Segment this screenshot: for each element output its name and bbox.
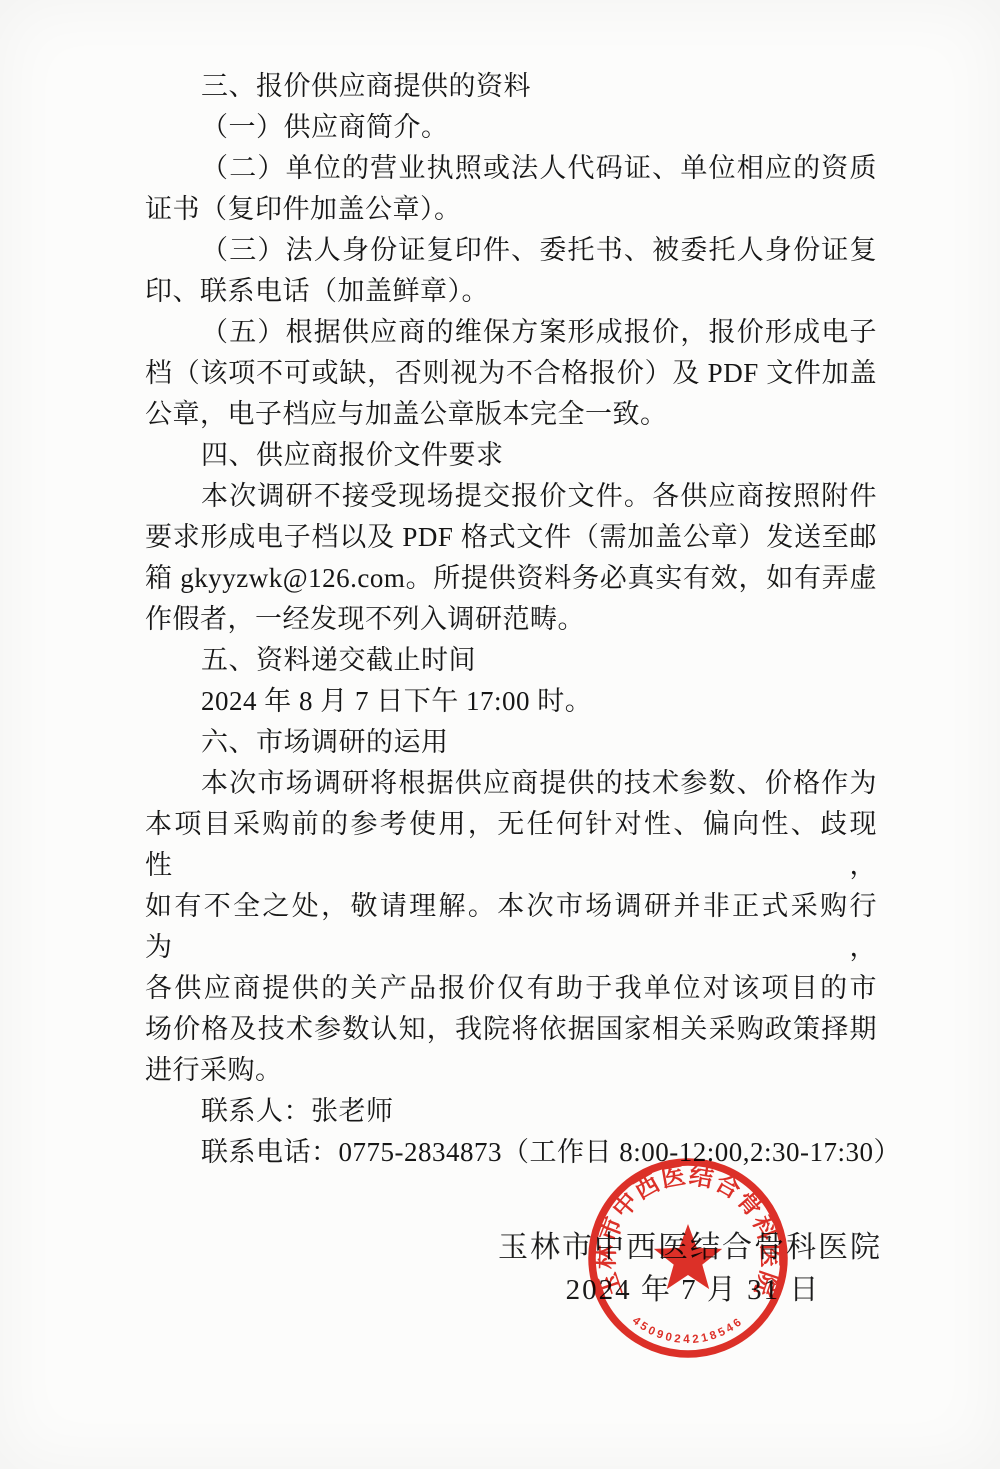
- text-line: 各供应商提供的关产品报价仅有助于我单位对该项目的市: [145, 968, 877, 1009]
- text-line: 五、资料递交截止时间: [145, 640, 877, 681]
- text-line: （二）单位的营业执照或法人代码证、单位相应的资质: [145, 148, 877, 189]
- text-line: 2024 年 8 月 7 日下午 17:00 时。: [145, 681, 877, 722]
- document-body: 三、报价供应商提供的资料 （一）供应商简介。 （二）单位的营业执照或法人代码证、…: [145, 66, 877, 1173]
- text-line: 档（该项不可或缺，否则视为不合格报价）及 PDF 文件加盖: [145, 353, 877, 394]
- star-icon: [654, 1224, 722, 1289]
- text-line: 六、市场调研的运用: [145, 722, 877, 763]
- text-line: 四、供应商报价文件要求: [145, 435, 877, 476]
- text-line: 箱 gkyyzwk@126.com。所提供资料务必真实有效，如有弄虚: [145, 558, 877, 599]
- text-line: 场价格及技术参数认知，我院将依据国家相关采购政策择期: [145, 1009, 877, 1050]
- text-line: 联系人：张老师: [145, 1091, 877, 1132]
- text-line: （三）法人身份证复印件、委托书、被委托人身份证复: [145, 230, 877, 271]
- text-line: 三、报价供应商提供的资料: [145, 66, 877, 107]
- text-line: 本次市场调研将根据供应商提供的技术参数、价格作为: [145, 763, 877, 804]
- official-seal: 玉林市中西医结合骨科医院 4509024218546: [578, 1148, 798, 1368]
- text-line: （五）根据供应商的维保方案形成报价，报价形成电子: [145, 312, 877, 353]
- text-line: 本项目采购前的参考使用，无任何针对性、偏向性、歧现性，: [145, 804, 877, 886]
- text-line: 要求形成电子档以及 PDF 格式文件（需加盖公章）发送至邮: [145, 517, 877, 558]
- text-line: 本次调研不接受现场提交报价文件。各供应商按照附件: [145, 476, 877, 517]
- document-page: 三、报价供应商提供的资料 （一）供应商简介。 （二）单位的营业执照或法人代码证、…: [0, 0, 1000, 1469]
- text-line: 证书（复印件加盖公章）。: [145, 189, 877, 230]
- text-line: 作假者，一经发现不列入调研范畴。: [145, 599, 877, 640]
- text-line: 印、联系电话（加盖鲜章）。: [145, 271, 877, 312]
- text-line: （一）供应商简介。: [145, 107, 877, 148]
- text-line: 进行采购。: [145, 1050, 877, 1091]
- text-line: 如有不全之处，敬请理解。本次市场调研并非正式采购行为，: [145, 886, 877, 968]
- text-line: 公章，电子档应与加盖公章版本完全一致。: [145, 394, 877, 435]
